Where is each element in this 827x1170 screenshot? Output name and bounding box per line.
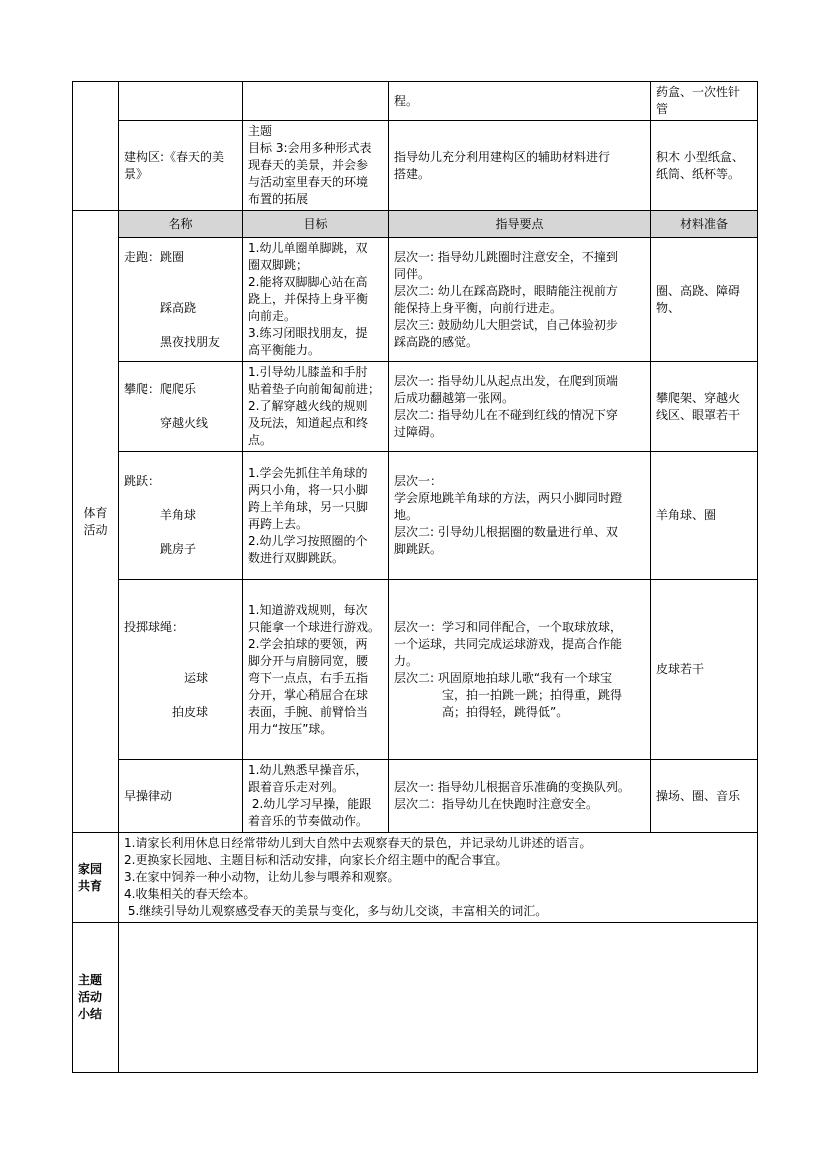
document-page: 程。 药盒、一次性针 管 建构区:《春天的美 景》 主题 目标 3:会用多种形式… bbox=[0, 0, 827, 1170]
activity-row: 投掷球绳： 运球 拍皮球 1.知道游戏规则，每次 只能拿一个球进行游戏。 2.学… bbox=[73, 580, 758, 760]
activity-name-cell: 跳跃： 羊角球 跳房子 bbox=[119, 452, 243, 580]
activity-guidance-cell: 层次一：学习和同伴配合，一个取球放球， 一个运球，共同完成运球游戏，提高合作能 … bbox=[389, 580, 651, 760]
summary-row: 主题 活动 小结 bbox=[73, 923, 758, 1073]
activity-target-cell: 1.学会先抓住羊角球的 两只小角，将一只小脚 跨上羊角球，另一只脚 再跨上去。 … bbox=[243, 452, 389, 580]
column-header-material: 材料准备 bbox=[651, 211, 758, 238]
column-header-guidance: 指导要点 bbox=[389, 211, 651, 238]
activity-row: 跳跃： 羊角球 跳房子 1.学会先抓住羊角球的 两只小角，将一只小脚 跨上羊角球… bbox=[73, 452, 758, 580]
construction-target-cell: 主题 目标 3:会用多种形式表 现春天的美景，并会参 与活动室里春天的环境 布置… bbox=[243, 121, 389, 211]
activity-row: 早操律动 1.幼儿熟悉早操音乐， 跟着音乐走对列。 2.幼儿学习早操，能跟 着音… bbox=[73, 760, 758, 833]
activity-name-cell: 走跑：跳圈 踩高跷 黑夜找朋友 bbox=[119, 238, 243, 362]
activity-guidance-cell: 层次一： 学会原地跳羊角球的方法，两只小脚同时蹬 地。 层次二: 引导幼儿根据圈… bbox=[389, 452, 651, 580]
column-header-name: 名称 bbox=[119, 211, 243, 238]
activity-row: 走跑：跳圈 踩高跷 黑夜找朋友 1.幼儿单圈单脚跳，双 圈双脚跳； 2.能将双脚… bbox=[73, 238, 758, 362]
column-header-row: 体育 活动 名称 目标 指导要点 材料准备 bbox=[73, 211, 758, 238]
activity-target-cell: 1.幼儿单圈单脚跳，双 圈双脚跳； 2.能将双脚脚心站在高 跷上，并保持上身平衡… bbox=[243, 238, 389, 362]
carryover-material-cell: 药盒、一次性针 管 bbox=[651, 82, 758, 121]
activity-material-cell: 圈、高跷、障碍 物、 bbox=[651, 238, 758, 362]
activity-guidance-cell: 层次一: 指导幼儿跳圈时注意安全，不撞到 同伴。 层次二: 幼儿在踩高跷时，眼睛… bbox=[389, 238, 651, 362]
home-content-cell: 1.请家长利用休息日经常带幼儿到大自然中去观察春天的景色，并记录幼儿讲述的语言。… bbox=[119, 833, 758, 923]
carryover-row: 程。 药盒、一次性针 管 bbox=[73, 82, 758, 121]
activity-row: 攀爬：爬爬乐 穿越火线 1.引导幼儿膝盖和手肘 贴着垫子向前匍匐前进； 2.了解… bbox=[73, 362, 758, 452]
home-row: 家园 共育 1.请家长利用休息日经常带幼儿到大自然中去观察春天的景色，并记录幼儿… bbox=[73, 833, 758, 923]
activity-target-cell: 1.幼儿熟悉早操音乐， 跟着音乐走对列。 2.幼儿学习早操，能跟 着音乐的节奏做… bbox=[243, 760, 389, 833]
summary-section-label: 主题 活动 小结 bbox=[73, 923, 119, 1073]
home-section-label: 家园 共育 bbox=[73, 833, 119, 923]
activity-material-cell: 羊角球、圈 bbox=[651, 452, 758, 580]
carryover-name-cell bbox=[119, 82, 243, 121]
sports-section-label: 体育 活动 bbox=[73, 211, 119, 833]
construction-row: 建构区:《春天的美 景》 主题 目标 3:会用多种形式表 现春天的美景，并会参 … bbox=[73, 121, 758, 211]
activity-material-cell: 攀爬架、穿越火 线区、眼罩若干 bbox=[651, 362, 758, 452]
activity-guidance-cell: 层次一: 指导幼儿从起点出发，在爬到顶端 后成功翻越第一张网。 层次二: 指导幼… bbox=[389, 362, 651, 452]
summary-content-cell bbox=[119, 923, 758, 1073]
activity-name-cell: 投掷球绳： 运球 拍皮球 bbox=[119, 580, 243, 760]
activity-name-cell: 攀爬：爬爬乐 穿越火线 bbox=[119, 362, 243, 452]
activity-name-cell: 早操律动 bbox=[119, 760, 243, 833]
construction-material-cell: 积木 小型纸盒、 纸筒、纸杯等。 bbox=[651, 121, 758, 211]
activity-target-cell: 1.引导幼儿膝盖和手肘 贴着垫子向前匍匐前进； 2.了解穿越火线的规则 及玩法，… bbox=[243, 362, 389, 452]
activity-target-cell: 1.知道游戏规则，每次 只能拿一个球进行游戏。 2.学会拍球的要领，两 脚分开与… bbox=[243, 580, 389, 760]
activity-material-cell: 操场、圈、音乐 bbox=[651, 760, 758, 833]
activity-guidance-cell: 层次一: 指导幼儿根据音乐准确的变换队列。 层次二：指导幼儿在快跑时注意安全。 bbox=[389, 760, 651, 833]
construction-guidance-cell: 指导幼儿充分利用建构区的辅助材料进行 搭建。 bbox=[389, 121, 651, 211]
carryover-guidance-cell: 程。 bbox=[389, 82, 651, 121]
column-header-target: 目标 bbox=[243, 211, 389, 238]
construction-name-cell: 建构区:《春天的美 景》 bbox=[119, 121, 243, 211]
carryover-target-cell bbox=[243, 82, 389, 121]
empty-section-label bbox=[73, 82, 119, 211]
activity-material-cell: 皮球若干 bbox=[651, 580, 758, 760]
activity-plan-table: 程。 药盒、一次性针 管 建构区:《春天的美 景》 主题 目标 3:会用多种形式… bbox=[72, 81, 758, 1073]
